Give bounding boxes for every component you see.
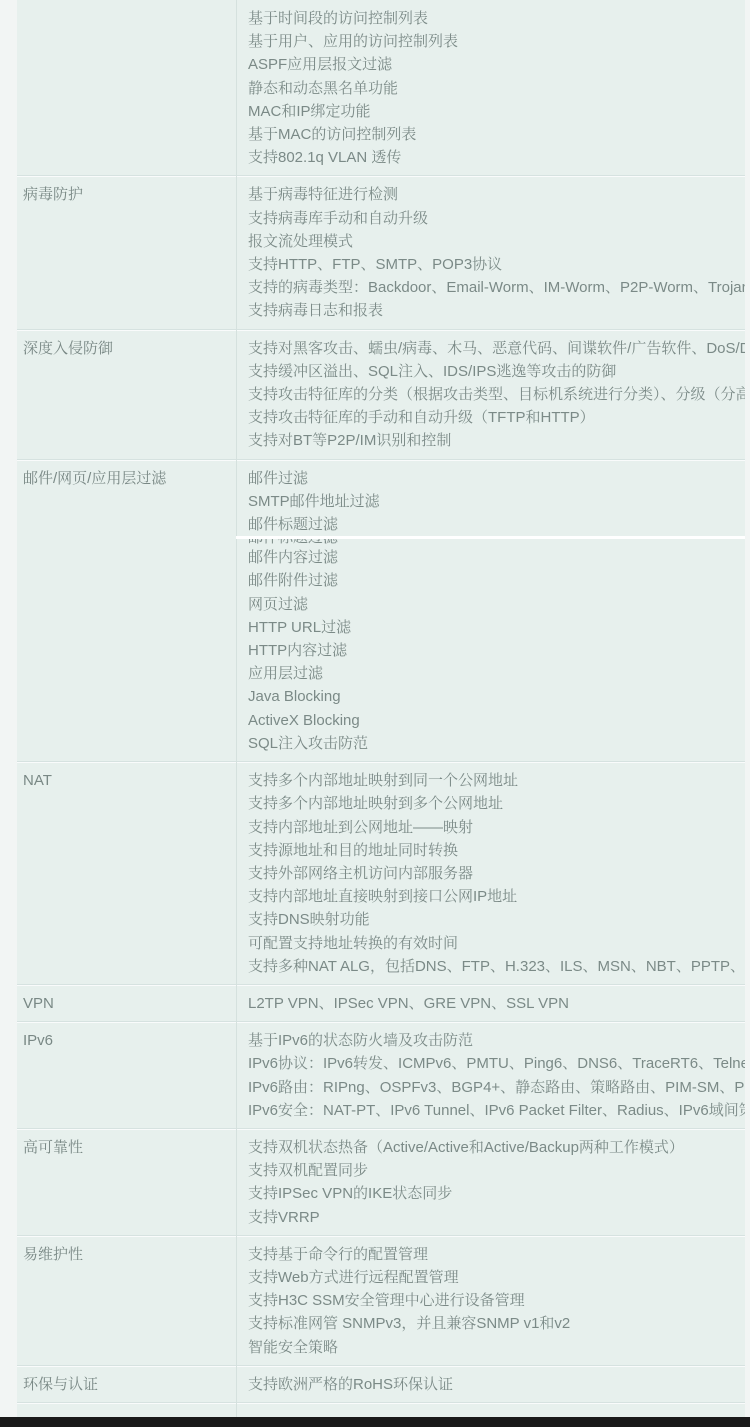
seam-white-band: [236, 536, 745, 539]
section-label: IPv6: [17, 1029, 236, 1122]
spec-row-text: IPv6路由：RIPng、OSPFv3、BGP4+、静态路由、策略路由、PIM-…: [248, 1076, 745, 1099]
spec-row-text: 支持HTTP、FTP、SMTP、POP3协议: [248, 253, 745, 276]
spec-row-text: MAC和IP绑定功能: [248, 100, 745, 123]
section-content: 基于病毒特征进行检测支持病毒库手动和自动升级报文流处理模式支持HTTP、FTP、…: [236, 183, 745, 322]
spec-section: 基于时间段的访问控制列表基于用户、应用的访问控制列表ASPF应用层报文过滤静态和…: [17, 0, 745, 176]
spec-row-text: 支持Web方式进行远程配置管理: [248, 1266, 745, 1289]
spec-row-text: 邮件过滤: [248, 467, 745, 490]
spec-row-text: SMTP邮件地址过滤: [248, 490, 745, 513]
spec-row-text: 支持多种NAT ALG，包括DNS、FTP、H.323、ILS、MSN、NBT、…: [248, 955, 745, 978]
spec-row-text: 支持双机状态热备（Active/Active和Active/Backup两种工作…: [248, 1136, 745, 1159]
spec-row-text: 邮件附件过滤: [248, 569, 745, 592]
spec-table: 基于时间段的访问控制列表基于用户、应用的访问控制列表ASPF应用层报文过滤静态和…: [17, 0, 745, 1403]
section-content: 支持双机状态热备（Active/Active和Active/Backup两种工作…: [236, 1136, 745, 1229]
spec-row-text: 报文流处理模式: [248, 230, 745, 253]
spec-row-text: 邮件内容过滤: [248, 546, 745, 569]
clipped-text-fragment: 邮件标题过滤: [248, 539, 448, 545]
spec-row-text: 支持外部网络主机访问内部服务器: [248, 862, 745, 885]
spec-row-text: 邮件标题过滤: [248, 513, 745, 536]
spec-section: 病毒防护基于病毒特征进行检测支持病毒库手动和自动升级报文流处理模式支持HTTP、…: [17, 176, 745, 329]
spec-section: VPNL2TP VPN、IPSec VPN、GRE VPN、SSL VPN: [17, 985, 745, 1022]
spec-row-text: 支持攻击特征库的手动和自动升级（TFTP和HTTP）: [248, 406, 745, 429]
spec-row-text: 支持欧洲严格的RoHS环保认证: [248, 1373, 745, 1396]
spec-row-text: 支持基于命令行的配置管理: [248, 1243, 745, 1266]
spec-section: 易维护性支持基于命令行的配置管理支持Web方式进行远程配置管理支持H3C SSM…: [17, 1236, 745, 1366]
spec-row-text: 基于时间段的访问控制列表: [248, 7, 745, 30]
spec-row-text: 支持VRRP: [248, 1206, 745, 1229]
spec-row-text: 支持对黑客攻击、蠕虫/病毒、木马、恶意代码、间谍软件/广告软件、DoS/DD: [248, 337, 745, 360]
section-label: 深度入侵防御: [17, 337, 236, 453]
spec-section: 环保与认证支持欧洲严格的RoHS环保认证: [17, 1366, 745, 1403]
spec-row-text: 支持缓冲区溢出、SQL注入、IDS/IPS逃逸等攻击的防御: [248, 360, 745, 383]
section-label: VPN: [17, 992, 236, 1015]
spec-row-text: 支持内部地址直接映射到接口公网IP地址: [248, 885, 745, 908]
spec-row-text: 支持病毒日志和报表: [248, 299, 745, 322]
spec-section: 高可靠性支持双机状态热备（Active/Active和Active/Backup…: [17, 1129, 745, 1236]
spec-row-text: 支持的病毒类型：Backdoor、Email-Worm、IM-Worm、P2P-…: [248, 276, 745, 299]
spec-row-text: 支持IPSec VPN的IKE状态同步: [248, 1182, 745, 1205]
spec-row-text: 支持802.1q VLAN 透传: [248, 146, 745, 169]
section-content: 基于时间段的访问控制列表基于用户、应用的访问控制列表ASPF应用层报文过滤静态和…: [236, 7, 745, 169]
spec-row-text: IPv6协议：IPv6转发、ICMPv6、PMTU、Ping6、DNS6、Tra…: [248, 1052, 745, 1075]
spec-panel: 基于时间段的访问控制列表基于用户、应用的访问控制列表ASPF应用层报文过滤静态和…: [17, 0, 745, 1417]
section-label: 高可靠性: [17, 1136, 236, 1229]
bottom-black-bar: [0, 1417, 750, 1427]
spec-row-text: 支持DNS映射功能: [248, 908, 745, 931]
spec-row-text: ASPF应用层报文过滤: [248, 53, 745, 76]
spec-row-text: 支持对BT等P2P/IM识别和控制: [248, 429, 745, 452]
spec-row-text: 支持H3C SSM安全管理中心进行设备管理: [248, 1289, 745, 1312]
section-content: 支持欧洲严格的RoHS环保认证: [236, 1373, 745, 1396]
spec-row-text: 支持源地址和目的地址同时转换: [248, 839, 745, 862]
spec-row-text: 支持多个内部地址映射到同一个公网地址: [248, 769, 745, 792]
spec-row-text: L2TP VPN、IPSec VPN、GRE VPN、SSL VPN: [248, 992, 745, 1015]
spec-row-text: 基于病毒特征进行检测: [248, 183, 745, 206]
section-content: 支持多个内部地址映射到同一个公网地址支持多个内部地址映射到多个公网地址支持内部地…: [236, 769, 745, 978]
section-content: 支持对黑客攻击、蠕虫/病毒、木马、恶意代码、间谍软件/广告软件、DoS/DD支持…: [236, 337, 745, 453]
spec-row-text: 应用层过滤: [248, 662, 745, 685]
spec-row-text: HTTP URL过滤: [248, 616, 745, 639]
section-content: 邮件过滤SMTP邮件地址过滤邮件标题过滤邮件标题过滤邮件内容过滤邮件附件过滤网页…: [236, 467, 745, 755]
spec-row-text: 支持攻击特征库的分类（根据攻击类型、目标机系统进行分类）、分级（分高、: [248, 383, 745, 406]
section-label: 病毒防护: [17, 183, 236, 322]
spec-row-text: 网页过滤: [248, 593, 745, 616]
spec-row-text: 静态和动态黑名单功能: [248, 77, 745, 100]
spec-row-text: SQL注入攻击防范: [248, 732, 745, 755]
screenshot-stitch-seam: 邮件标题过滤: [248, 536, 745, 546]
spec-row-text: 支持内部地址到公网地址——映射: [248, 816, 745, 839]
spec-row-text: 支持多个内部地址映射到多个公网地址: [248, 792, 745, 815]
section-content: 基于IPv6的状态防火墙及攻击防范IPv6协议：IPv6转发、ICMPv6、PM…: [236, 1029, 745, 1122]
spec-section: NAT支持多个内部地址映射到同一个公网地址支持多个内部地址映射到多个公网地址支持…: [17, 762, 745, 985]
section-content: L2TP VPN、IPSec VPN、GRE VPN、SSL VPN: [236, 992, 745, 1015]
spec-section: 邮件/网页/应用层过滤邮件过滤SMTP邮件地址过滤邮件标题过滤邮件标题过滤邮件内…: [17, 460, 745, 762]
section-label: NAT: [17, 769, 236, 978]
spec-row-text: 基于MAC的访问控制列表: [248, 123, 745, 146]
spec-row-text: ActiveX Blocking: [248, 709, 745, 732]
spec-section: 深度入侵防御支持对黑客攻击、蠕虫/病毒、木马、恶意代码、间谍软件/广告软件、Do…: [17, 330, 745, 460]
section-label: 邮件/网页/应用层过滤: [17, 467, 236, 755]
spec-row-text: HTTP内容过滤: [248, 639, 745, 662]
spec-row-text: IPv6安全：NAT-PT、IPv6 Tunnel、IPv6 Packet Fi…: [248, 1099, 745, 1122]
section-label: 易维护性: [17, 1243, 236, 1359]
spec-row-text: 可配置支持地址转换的有效时间: [248, 932, 745, 955]
section-content: 支持基于命令行的配置管理支持Web方式进行远程配置管理支持H3C SSM安全管理…: [236, 1243, 745, 1359]
spec-row-text: 支持标准网管 SNMPv3，并且兼容SNMP v1和v2: [248, 1312, 745, 1335]
spec-row-text: 基于IPv6的状态防火墙及攻击防范: [248, 1029, 745, 1052]
spec-row-text: 基于用户、应用的访问控制列表: [248, 30, 745, 53]
spec-row-text: Java Blocking: [248, 685, 745, 708]
spec-row-text: 支持双机配置同步: [248, 1159, 745, 1182]
section-label: [17, 7, 236, 169]
section-label: 环保与认证: [17, 1373, 236, 1396]
spec-row-text: 支持病毒库手动和自动升级: [248, 207, 745, 230]
spec-row-text: 智能安全策略: [248, 1336, 745, 1359]
spec-section: IPv6基于IPv6的状态防火墙及攻击防范IPv6协议：IPv6转发、ICMPv…: [17, 1022, 745, 1129]
